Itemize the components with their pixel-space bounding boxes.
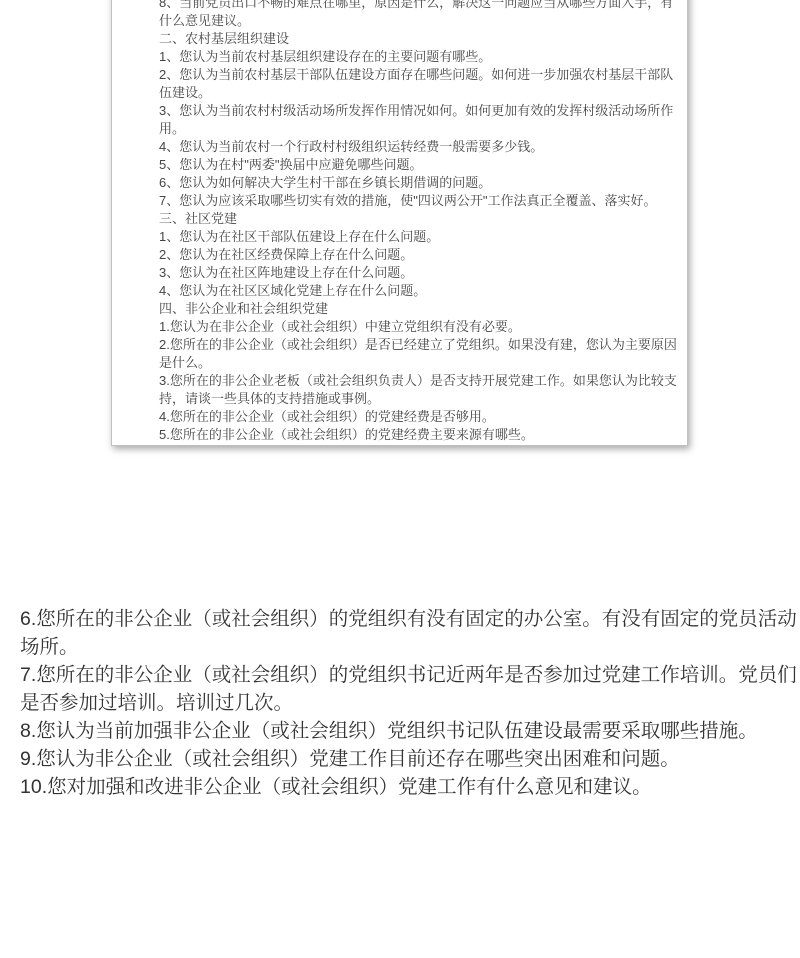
article-line: 6.您所在的非公企业（或社会组织）的党组织有没有固定的办公室。有没有固定的党员活… [20, 605, 795, 633]
doc-line: 3、您认为当前农村村级活动场所发挥作用情况如何。如何更加有效的发挥村级活动场所作 [159, 102, 669, 120]
article-line: 场所。 [20, 633, 795, 661]
doc-line: 5、您认为在村"两委"换届中应避免哪些问题。 [159, 156, 669, 174]
doc-line: 7、您认为应该采取哪些切实有效的措施，使"四议两公开"工作法真正全覆盖、落实好。 [159, 192, 669, 210]
doc-line: 3、您认为在社区阵地建设上存在什么问题。 [159, 264, 669, 282]
doc-section-heading: 三、社区党建 [159, 210, 669, 228]
doc-line: 1、您认为当前农村基层组织建设存在的主要问题有哪些。 [159, 48, 669, 66]
article-line: 10.您对加强和改进非公企业（或社会组织）党建工作有什么意见和建议。 [20, 773, 795, 801]
doc-line: 1.您认为在非公企业（或社会组织）中建立党组织有没有必要。 [159, 318, 669, 336]
doc-section-heading: 四、非公企业和社会组织党建 [159, 300, 669, 318]
doc-line: 6、您认为如何解决大学生村干部在乡镇长期借调的问题。 [159, 174, 669, 192]
doc-line: 4.您所在的非公企业（或社会组织）的党建经费是否够用。 [159, 408, 669, 426]
article-line: 7.您所在的非公企业（或社会组织）的党组织书记近两年是否参加过党建工作培训。党员… [20, 661, 795, 689]
doc-line: 4、您认为在社区区域化党建上存在什么问题。 [159, 282, 669, 300]
article-line: 是否参加过培训。培训过几次。 [20, 689, 795, 717]
doc-line: 用。 [159, 120, 669, 138]
doc-line: 持，请谈一些具体的支持措施或事例。 [159, 390, 669, 408]
article-line: 9.您认为非公企业（或社会组织）党建工作目前还存在哪些突出困难和问题。 [20, 745, 795, 773]
doc-line: 2.您所在的非公企业（或社会组织）是否已经建立了党组织。如果没有建，您认为主要原… [159, 336, 669, 354]
doc-line: 8、当前党员出口不畅的难点在哪里，原因是什么，解决这一问题应当从哪些方面入手，有 [159, 0, 669, 12]
doc-line: 5.您所在的非公企业（或社会组织）的党建经费主要来源有哪些。 [159, 426, 669, 444]
doc-line: 什么意见建议。 [159, 12, 669, 30]
article-line: 8.您认为当前加强非公企业（或社会组织）党组织书记队伍建设最需要采取哪些措施。 [20, 717, 795, 745]
doc-line: 伍建设。 [159, 84, 669, 102]
doc-line: 2、您认为当前农村基层干部队伍建设方面存在哪些问题。如何进一步加强农村基层干部队 [159, 66, 669, 84]
doc-line: 2、您认为在社区经费保障上存在什么问题。 [159, 246, 669, 264]
doc-section-heading: 二、农村基层组织建设 [159, 30, 669, 48]
document-preview-page: 8、当前党员出口不畅的难点在哪里，原因是什么，解决这一问题应当从哪些方面入手，有… [111, 0, 688, 446]
article-body: 6.您所在的非公企业（或社会组织）的党组织有没有固定的办公室。有没有固定的党员活… [20, 605, 795, 801]
doc-line: 1、您认为在社区干部队伍建设上存在什么问题。 [159, 228, 669, 246]
doc-line: 是什么。 [159, 354, 669, 372]
document-preview-text: 8、当前党员出口不畅的难点在哪里，原因是什么，解决这一问题应当从哪些方面入手，有… [159, 0, 669, 444]
doc-line: 3.您所在的非公企业老板（或社会组织负责人）是否支持开展党建工作。如果您认为比较… [159, 372, 669, 390]
doc-line: 4、您认为当前农村一个行政村村级组织运转经费一般需要多少钱。 [159, 138, 669, 156]
